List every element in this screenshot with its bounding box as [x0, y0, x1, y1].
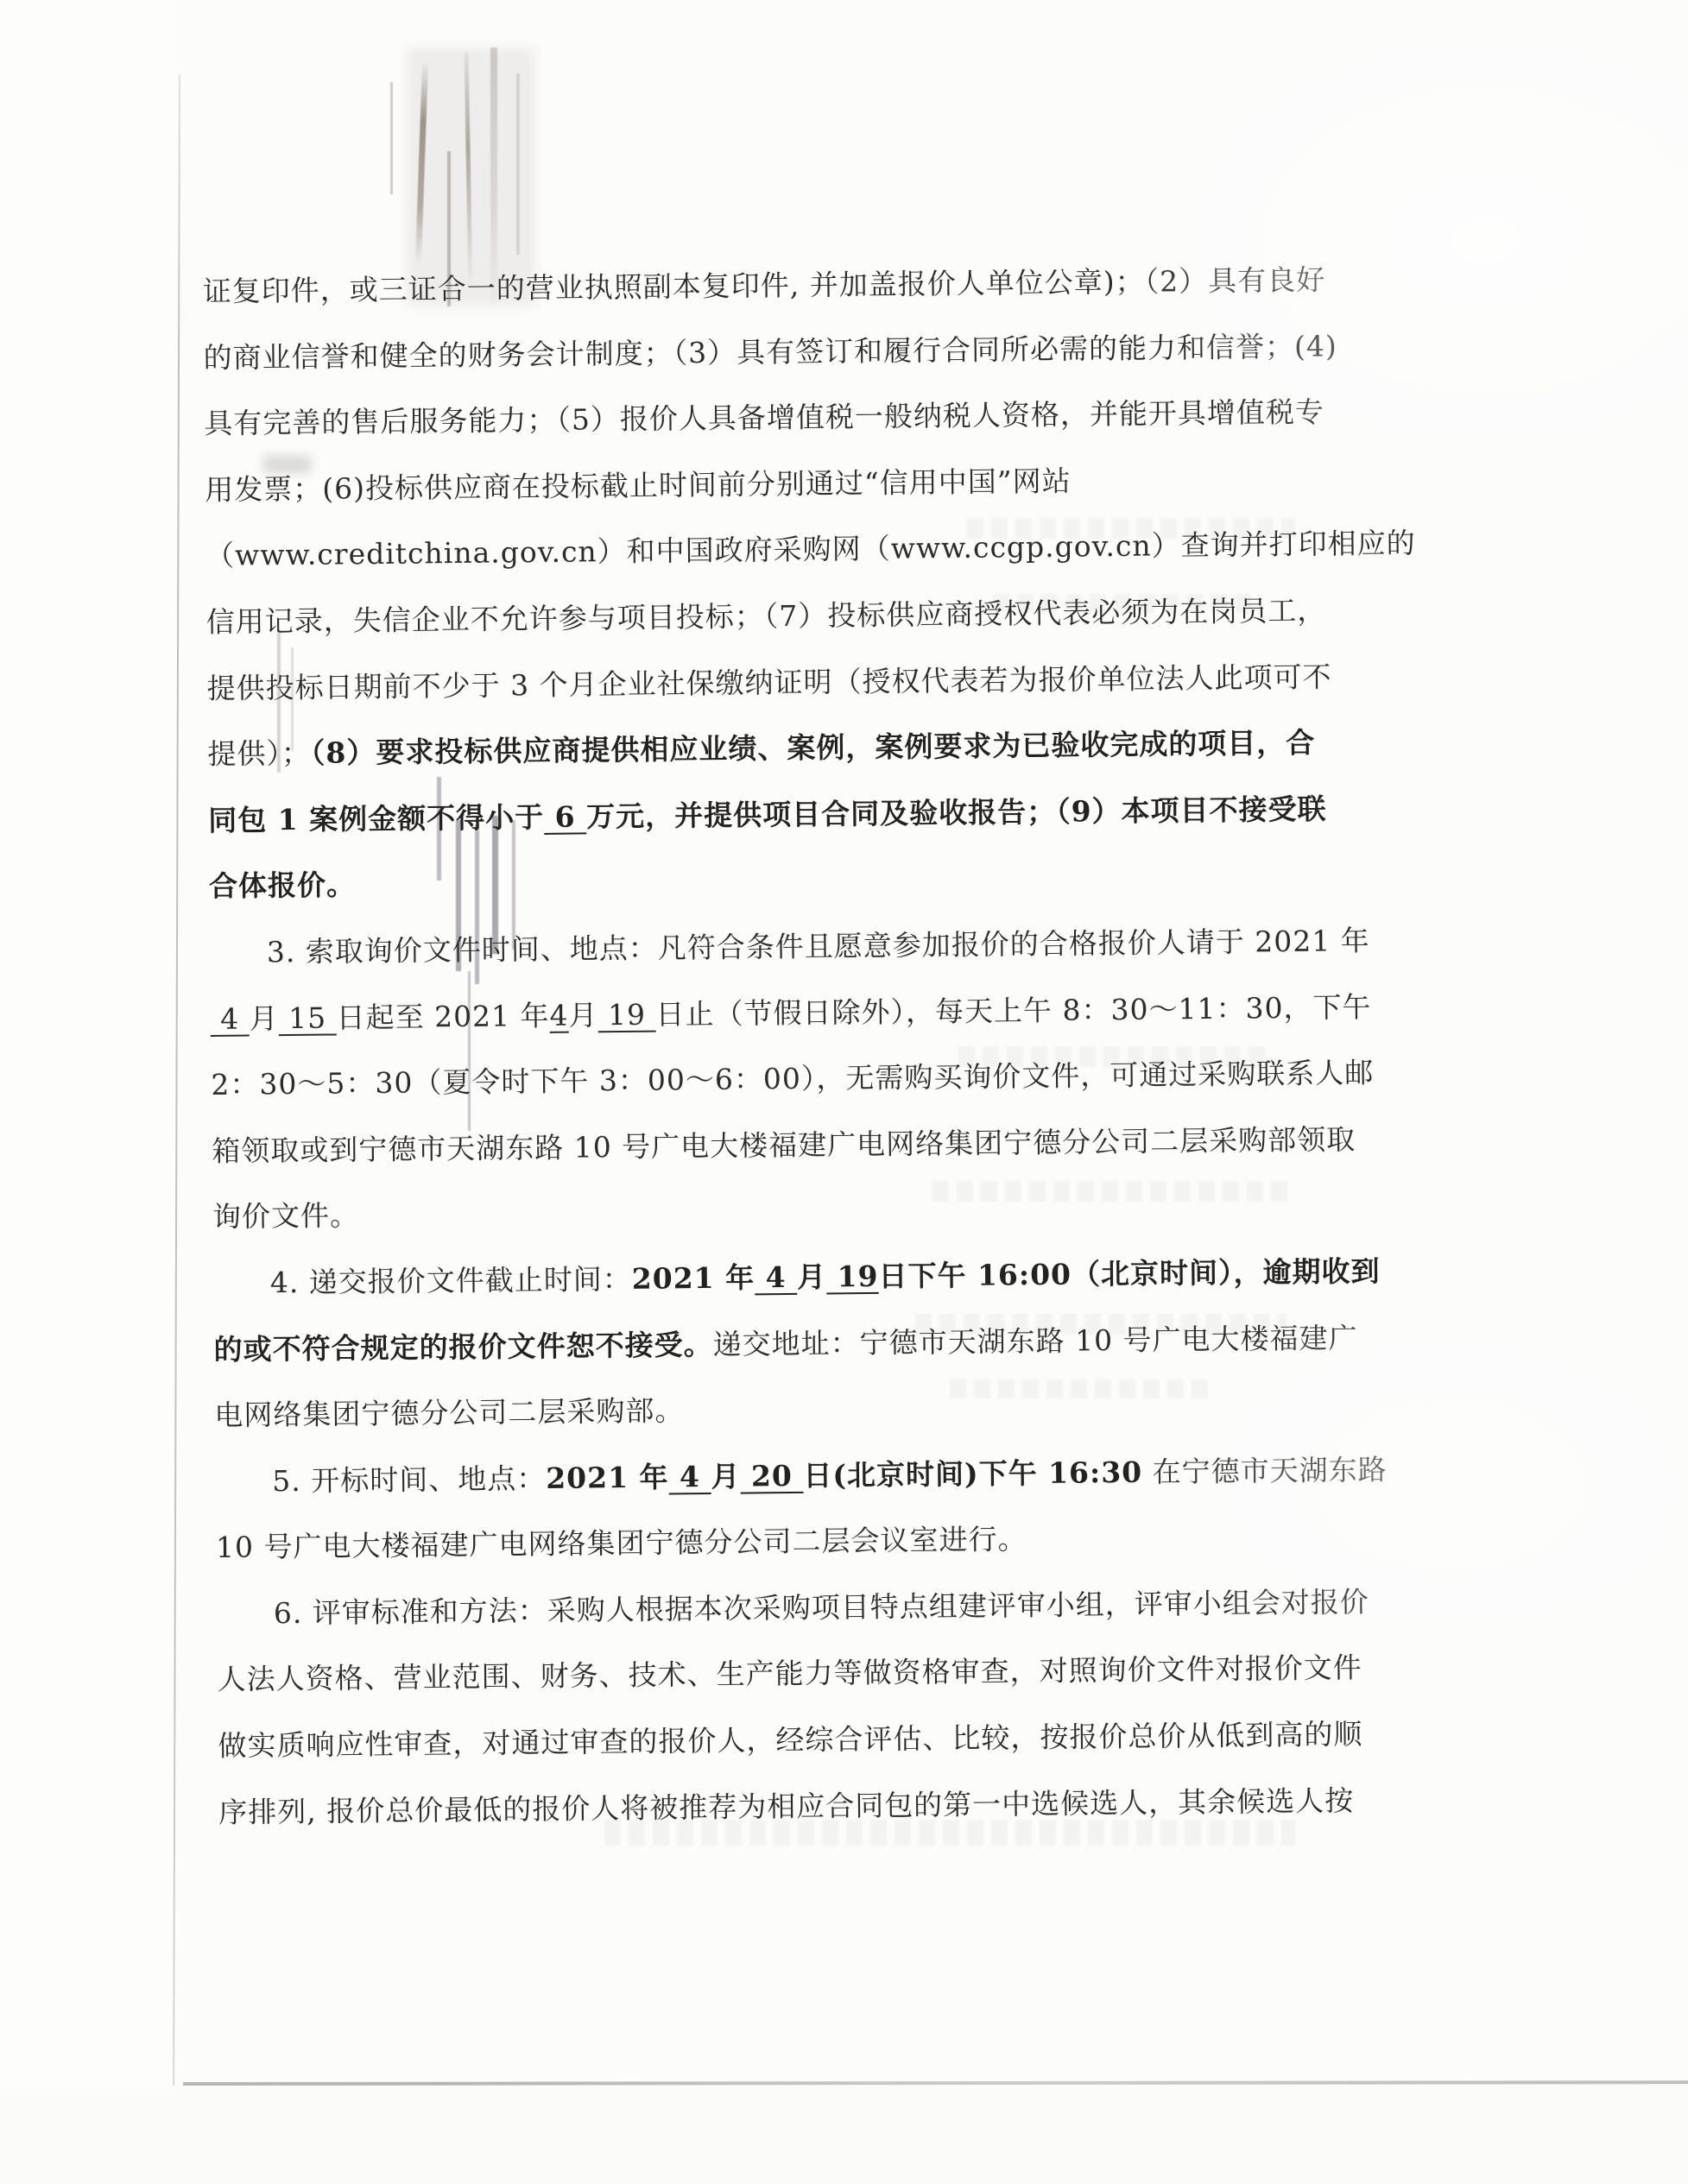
text-run: 3. 索取询价文件时间、地点：凡符合条件且愿意参加报价的合格报价人请于 2021…: [267, 924, 1370, 969]
text-line-18: 电网络集团宁德分公司二层采购部。: [214, 1371, 1389, 1449]
text-lines: 证复印件，或三证合一的营业执照副本复印件, 并加盖报价人单位公章)；（2）具有良…: [202, 247, 1393, 1846]
text-run: 4: [210, 1001, 249, 1035]
text-run: 同包 1 案例金额不得小于: [208, 800, 544, 837]
text-line-6: 信用记录，失信企业不允许参与项目投标；（7）投标供应商授权代表必须为在岗员工，: [205, 578, 1381, 656]
text-line-10: 合体报价。: [209, 842, 1384, 920]
text-line-21: 6. 评审标准和方法：采购人根据本次采购项目特点组建评审小组，评审小组会对报价: [216, 1569, 1391, 1648]
text-run: 人法人资格、营业范围、财务、技术、生产能力等做资格审查，对照询价文件对报价文件: [217, 1651, 1362, 1697]
text-run: 日止（节假日除外），每天上午 8：30～11：30，下午: [655, 989, 1371, 1031]
text-run: 具有完善的售后服务能力；（5）报价人具备增值税一般纳税人资格，并能开具增值税专: [204, 395, 1324, 441]
text-run: （8）要求投标供应商提供相应业绩、案例，案例要求为已验收完成的项目，合: [311, 726, 1316, 770]
text-run: 电网络集团宁德分公司二层采购部。: [214, 1393, 684, 1432]
text-line-19: 5. 开标时间、地点：2021 年 4 月 20 日(北京时间)下午 16:30…: [215, 1436, 1390, 1515]
text-run: 日下午 16:00（北京时间），逾期收到: [878, 1254, 1380, 1293]
text-run: 合体报价。: [209, 868, 356, 904]
text-run: 日起至 2021 年: [336, 998, 549, 1034]
text-run: 递交地址：宁德市天湖东路 10 号广电大楼福建广: [712, 1321, 1357, 1361]
paper-bottom-edge: [183, 2080, 1688, 2086]
text-run: 日(北京时间)下午 16:30: [803, 1455, 1142, 1492]
text-run: 询价文件。: [212, 1199, 359, 1234]
text-run: 月: [711, 1459, 740, 1493]
text-line-2: 的商业信誉和健全的财务会计制度；（3）具有签订和履行合同所必需的能力和信誉；(4…: [203, 312, 1378, 391]
text-run: 月: [797, 1259, 826, 1293]
text-run: 4: [668, 1460, 711, 1494]
text-run: 4: [549, 998, 568, 1032]
text-line-20: 10 号广电大楼福建广电网络集团宁德分公司二层会议室进行。: [216, 1503, 1391, 1581]
text-run: 提供投标日期前不少于 3 个月企业社保缴纳证明（授权代表若为报价单位法人此项可不: [206, 660, 1331, 705]
text-run: 做实质响应性审查，对通过审查的报价人，经综合评估、比较，按报价总价从低到高的顺: [218, 1717, 1362, 1763]
text-line-13: 2：30～5：30（夏令时下午 3：00～6：00），无需购买询价文件，可通过采…: [211, 1040, 1386, 1119]
text-line-5: （www.creditchina.gov.cn）和中国政府采购网（www.ccg…: [205, 511, 1381, 590]
text-run: 20: [740, 1459, 803, 1493]
scanned-document-page: 证复印件，或三证合一的营业执照副本复印件, 并加盖报价人单位公章)；（2）具有良…: [0, 0, 1688, 2184]
text-run: 2021 年: [546, 1460, 669, 1494]
text-run: 19: [597, 997, 655, 1032]
text-run: （www.creditchina.gov.cn）和中国政府采购网（www.ccg…: [205, 527, 1416, 573]
text-line-17: 的或不符合规定的报价文件恕不接受。递交地址：宁德市天湖东路 10 号广电大楼福建…: [213, 1304, 1388, 1383]
text-line-14: 箱领取或到宁德市天湖东路 10 号广电大楼福建广电网络集团宁德分公司二层采购部领…: [212, 1106, 1387, 1184]
text-run: 万元，并提供项目合同及验收报告；（9）本项目不接受联: [586, 792, 1327, 833]
text-run: 序排列, 报价总价最低的报价人将被推荐为相应合同包的第一中选候选人，其余候选人按: [218, 1783, 1354, 1829]
text-run: 月: [249, 1001, 278, 1035]
text-run: 用发票；(6)投标供应商在投标截止时间前分别通过“信用中国”网站: [205, 464, 1072, 507]
text-line-9: 同包 1 案例金额不得小于 6 万元，并提供项目合同及验收报告；（9）本项目不接…: [208, 776, 1383, 855]
text-run: 月: [568, 998, 597, 1032]
text-line-7: 提供投标日期前不少于 3 个月企业社保缴纳证明（授权代表若为报价单位法人此项可不: [206, 643, 1381, 722]
text-run: 5. 开标时间、地点：: [272, 1461, 546, 1498]
text-line-23: 做实质响应性审查，对通过审查的报价人，经综合评估、比较，按报价总价从低到高的顺: [218, 1701, 1393, 1780]
text-line-22: 人法人资格、营业范围、财务、技术、生产能力等做资格审查，对照询价文件对报价文件: [217, 1635, 1392, 1714]
text-run: 信用记录，失信企业不允许参与项目投标；（7）投标供应商授权代表必须为在岗员工，: [206, 593, 1327, 639]
document-body-text: 证复印件，或三证合一的营业执照副本复印件, 并加盖报价人单位公章)；（2）具有良…: [202, 247, 1393, 1846]
text-run: 在宁德市天湖东路: [1142, 1452, 1388, 1488]
text-run: 的商业信誉和健全的财务会计制度；（3）具有签订和履行合同所必需的能力和信誉；(4…: [203, 329, 1337, 375]
text-run: 证复印件，或三证合一的营业执照副本复印件, 并加盖报价人单位公章)；（2）具有良…: [203, 262, 1326, 308]
text-run: 箱领取或到宁德市天湖东路 10 号广电大楼福建广电网络集团宁德分公司二层采购部领…: [212, 1122, 1356, 1168]
scanner-bottom-margin: [0, 2086, 1688, 2184]
text-run: 6. 评审标准和方法：采购人根据本次采购项目特点组建评审小组，评审小组会对报价: [274, 1585, 1369, 1630]
text-run: 的或不符合规定的报价文件恕不接受。: [213, 1327, 712, 1366]
text-line-16: 4. 递交报价文件截止时间：2021 年 4 月 19日下午 16:00（北京时…: [212, 1239, 1388, 1317]
text-line-3: 具有完善的售后服务能力；（5）报价人具备增值税一般纳税人资格，并能开具增值税专: [204, 379, 1379, 458]
text-line-11: 3. 索取询价文件时间、地点：凡符合条件且愿意参加报价的合格报价人请于 2021…: [209, 908, 1384, 987]
text-line-4: 用发票；(6)投标供应商在投标截止时间前分别通过“信用中国”网站: [205, 445, 1380, 524]
text-run: 4. 递交报价文件截止时间：: [270, 1262, 632, 1299]
text-line-8: 提供）；（8）要求投标供应商提供相应业绩、案例，案例要求为已验收完成的项目，合: [207, 710, 1382, 788]
text-run: 6: [544, 799, 586, 834]
text-run: 2021 年: [632, 1260, 755, 1295]
scanner-left-margin: [0, 0, 177, 2184]
text-run: 19: [826, 1259, 879, 1294]
text-line-1: 证复印件，或三证合一的营业执照副本复印件, 并加盖报价人单位公章)；（2）具有良…: [202, 247, 1377, 325]
text-run: 4: [755, 1260, 797, 1295]
text-line-15: 询价文件。: [212, 1172, 1388, 1251]
text-run: 10 号广电大楼福建广电网络集团宁德分公司二层会议室进行。: [216, 1522, 1027, 1564]
text-run: 提供）；: [207, 736, 311, 771]
text-run: 2：30～5：30（夏令时下午 3：00～6：00），无需购买询价文件，可通过采…: [211, 1056, 1374, 1101]
text-run: 15: [278, 1000, 336, 1035]
text-line-12: 4 月 15 日起至 2021 年4月 19 日止（节假日除外），每天上午 8：…: [210, 974, 1385, 1052]
text-line-24: 序排列, 报价总价最低的报价人将被推荐为相应合同包的第一中选候选人，其余候选人按: [218, 1767, 1394, 1846]
